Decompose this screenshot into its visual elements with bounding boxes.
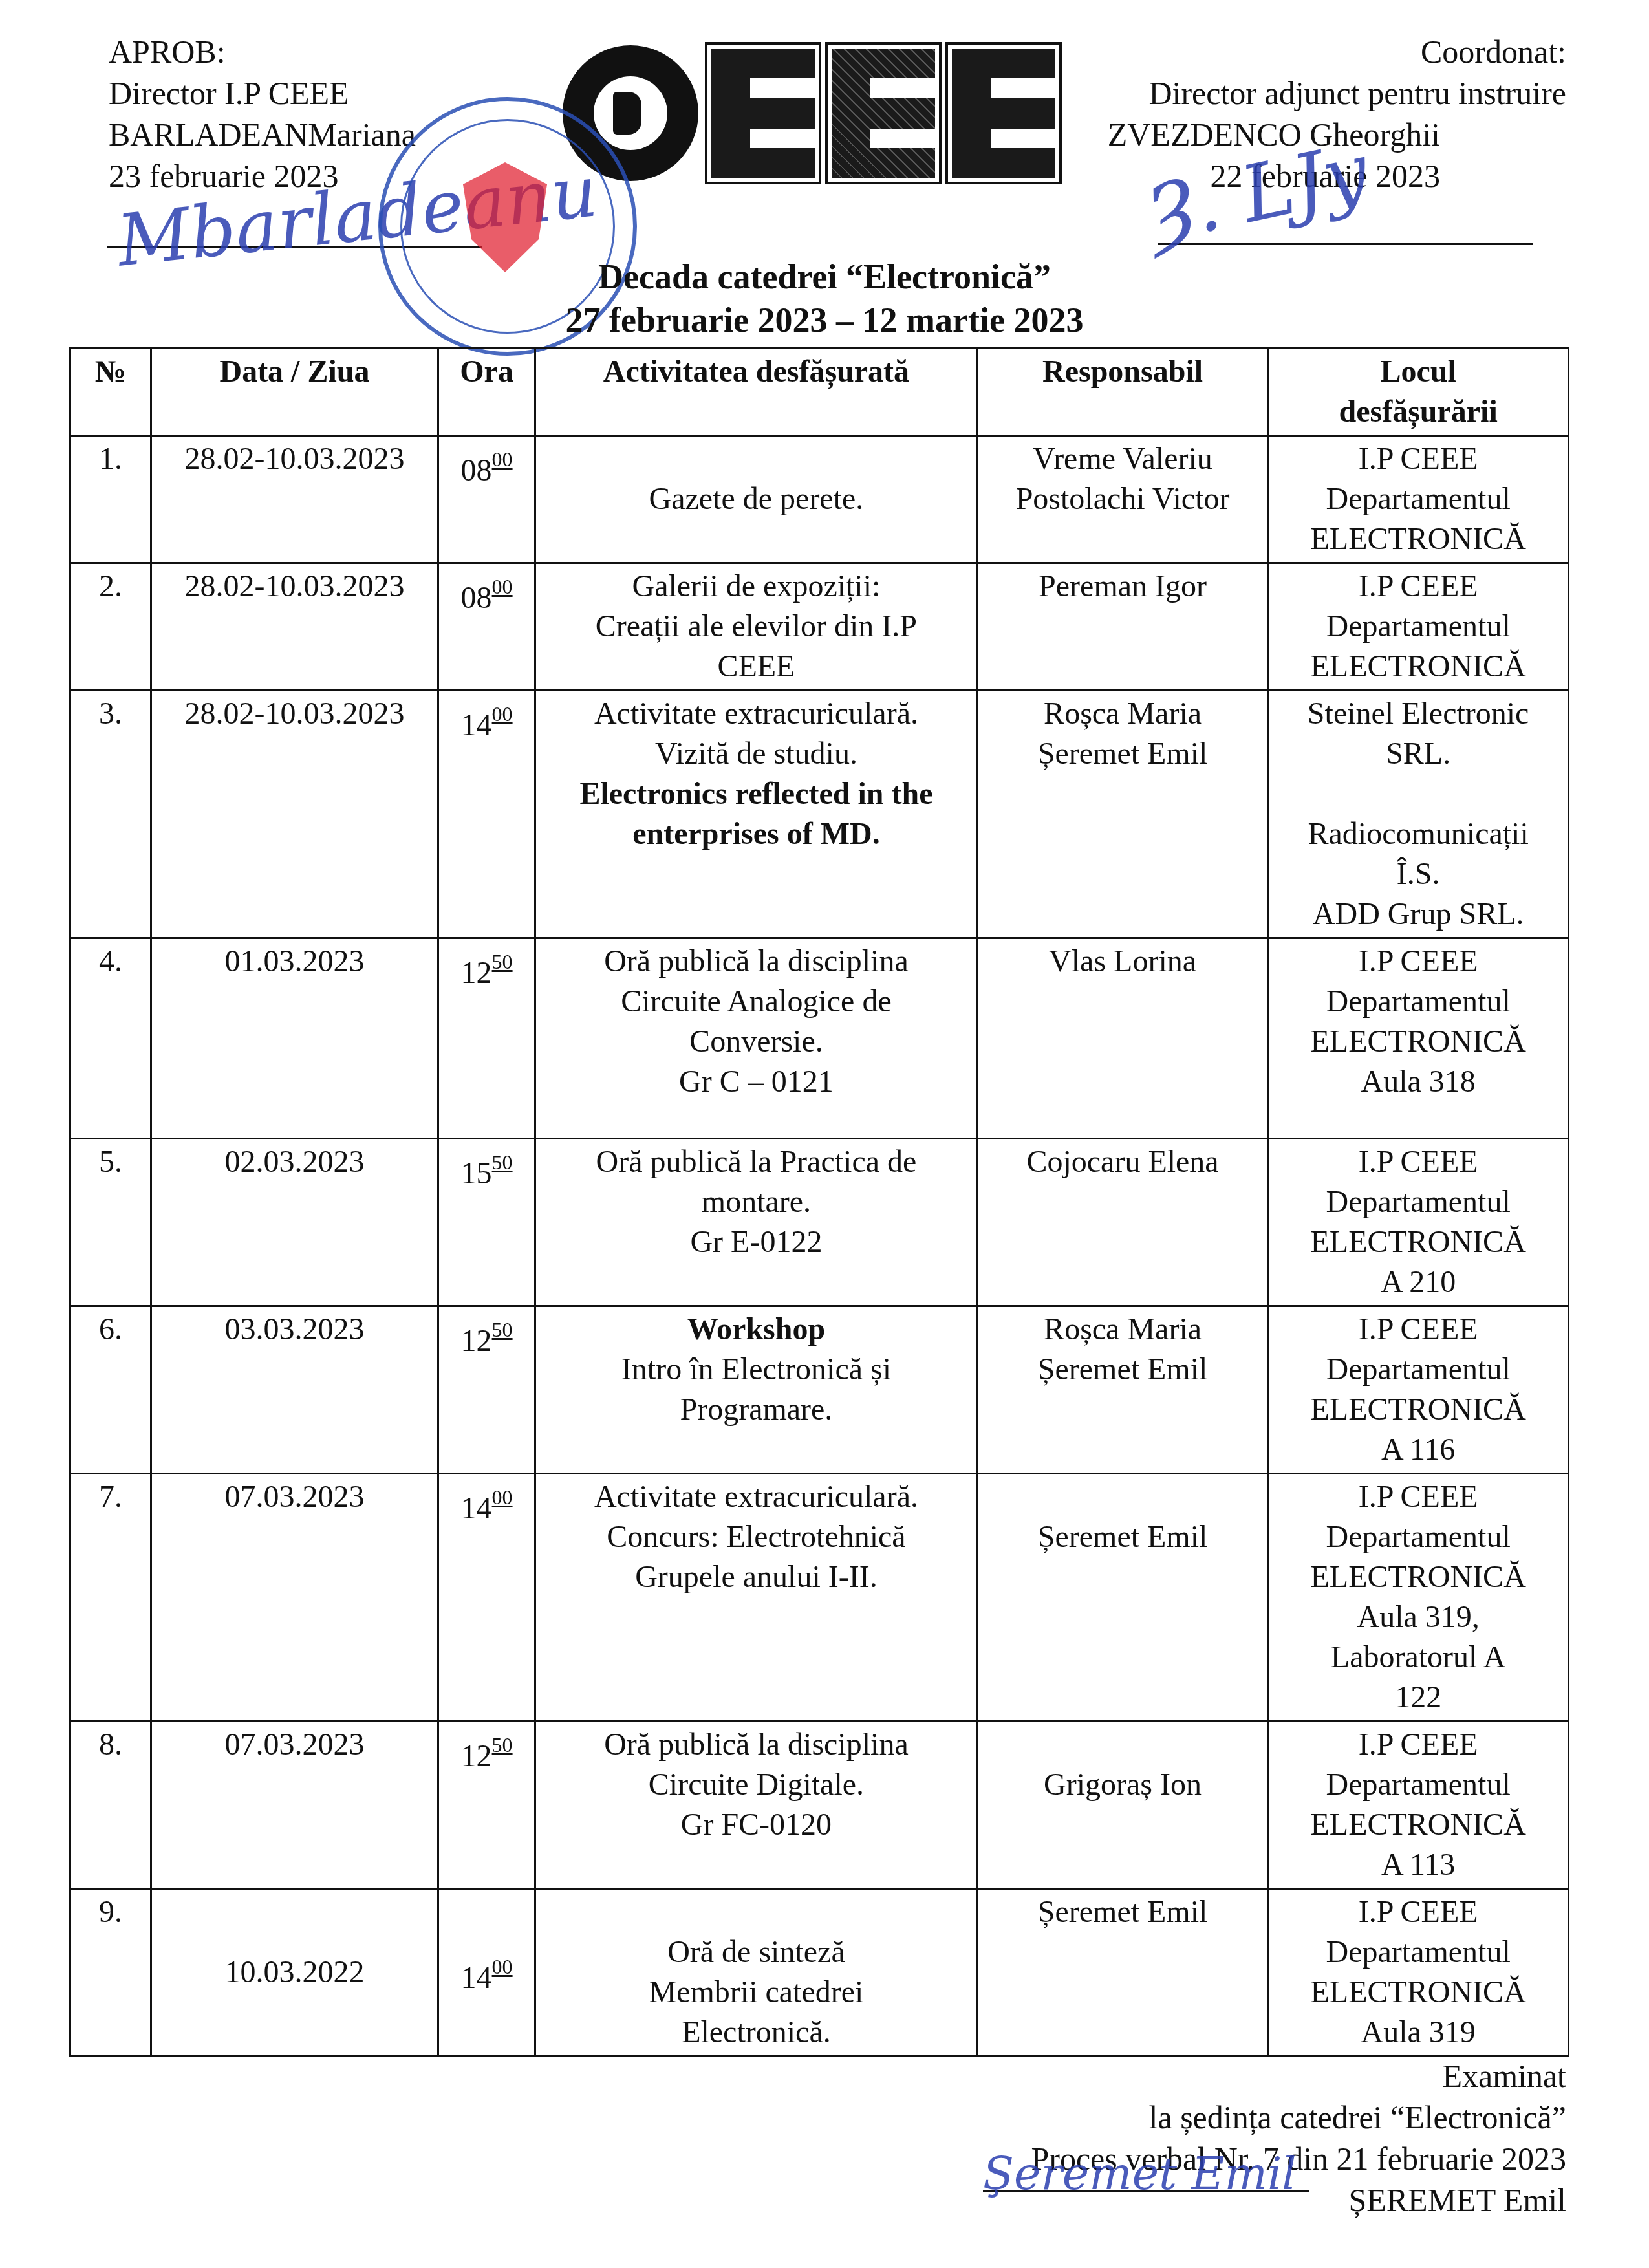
document-period: 27 februarie 2023 – 12 martie 2023	[0, 299, 1649, 341]
table-row: 7.07.03.20231400Activitate extracuricula…	[70, 1474, 1569, 1722]
circuit-e-letter-icon	[828, 45, 939, 182]
handwritten-signature-footer: Şeremet Emil	[983, 2147, 1297, 2200]
cell-location: I.P CEEEDepartamentulELECTRONICĂA 116	[1268, 1306, 1569, 1474]
plug-e-letter-icon	[707, 45, 819, 182]
col-header-num: №	[70, 349, 151, 436]
cell-num: 2.	[70, 563, 151, 691]
table-row: 3.28.02-10.03.20231400Activitate extracu…	[70, 691, 1569, 938]
cell-location: Steinel ElectronicSRL.RadiocomunicațiiÎ.…	[1268, 691, 1569, 938]
cell-date: 07.03.2023	[151, 1722, 438, 1889]
cell-date: 10.03.2022	[151, 1889, 438, 2057]
cell-responsible: Vlas Lorina	[977, 938, 1267, 1139]
cell-time: 0800	[438, 436, 535, 563]
meeting-reference: la ședința catedrei “Electronică”	[1031, 2097, 1566, 2138]
coordinator-role: Director adjunct pentru instruire	[1108, 72, 1566, 114]
table-row: 9.10.03.20221400Oră de sintezăMembrii ca…	[70, 1889, 1569, 2057]
cell-activity: Activitate extracuriculară.Concurs: Elec…	[535, 1474, 978, 1722]
cell-location: I.P CEEEDepartamentulELECTRONICĂ	[1268, 436, 1569, 563]
cell-activity: Oră publică la disciplinaCircuite Analog…	[535, 938, 978, 1139]
cell-date: 03.03.2023	[151, 1306, 438, 1474]
ceee-logo-icon	[563, 39, 1067, 188]
cell-location: I.P CEEEDepartamentulELECTRONICĂA 210	[1268, 1139, 1569, 1306]
cell-time: 0800	[438, 563, 535, 691]
cell-num: 8.	[70, 1722, 151, 1889]
table-row: 8.07.03.20231250Oră publică la disciplin…	[70, 1722, 1569, 1889]
cell-responsible: Roșca MariaȘeremet Emil	[977, 691, 1267, 938]
col-header-activity: Activitatea desfășurată	[535, 349, 978, 436]
cell-responsible: Grigoraș Ion	[977, 1722, 1267, 1889]
cell-activity: Oră publică la disciplinaCircuite Digita…	[535, 1722, 978, 1889]
cell-time: 1250	[438, 938, 535, 1139]
approver-role: Director I.P CEEE	[109, 72, 416, 114]
cell-time: 1250	[438, 1722, 535, 1889]
cell-responsible: Șeremet Emil	[977, 1474, 1267, 1722]
cell-location: I.P CEEEDepartamentulELECTRONICĂAula 318	[1268, 938, 1569, 1139]
cell-responsible: Roșca MariaȘeremet Emil	[977, 1306, 1267, 1474]
cell-time: 1250	[438, 1306, 535, 1474]
schedule-table: № Data / Ziua Ora Activitatea desfășurat…	[69, 347, 1569, 2057]
table-header-row: № Data / Ziua Ora Activitatea desfășurat…	[70, 349, 1569, 436]
col-header-responsible: Responsabil	[977, 349, 1267, 436]
approval-block-left: APROB: Director I.P CEEE BARLADEANMarian…	[109, 31, 416, 197]
cell-time: 1400	[438, 691, 535, 938]
cell-date: 28.02-10.03.2023	[151, 691, 438, 938]
coordination-label: Coordonat:	[1108, 31, 1566, 72]
approval-label: APROB:	[109, 31, 416, 72]
cell-time: 1400	[438, 1889, 535, 2057]
col-header-time: Ora	[438, 349, 535, 436]
cell-time: 1550	[438, 1139, 535, 1306]
col-header-date: Data / Ziua	[151, 349, 438, 436]
cell-num: 6.	[70, 1306, 151, 1474]
cell-activity: Oră publică la Practica demontare.Gr E-0…	[535, 1139, 978, 1306]
col-header-location: Locul desfășurării	[1268, 349, 1569, 436]
cell-location: I.P CEEEDepartamentulELECTRONICĂA 113	[1268, 1722, 1569, 1889]
cell-date: 02.03.2023	[151, 1139, 438, 1306]
usb-e-letter-icon	[948, 45, 1059, 182]
activity-title: Workshop	[541, 1310, 971, 1350]
cell-responsible: Vreme ValeriuPostolachi Victor	[977, 436, 1267, 563]
cell-num: 9.	[70, 1889, 151, 2057]
cell-activity: Activitate extracuriculară.Vizită de stu…	[535, 691, 978, 938]
cell-date: 28.02-10.03.2023	[151, 436, 438, 563]
cell-num: 5.	[70, 1139, 151, 1306]
cell-activity: WorkshopIntro în Electronică șiProgramar…	[535, 1306, 978, 1474]
cell-responsible: Pereman Igor	[977, 563, 1267, 691]
table-row: 2.28.02-10.03.20230800Galerii de expoziț…	[70, 563, 1569, 691]
cell-num: 7.	[70, 1474, 151, 1722]
examined-label: Examinat	[1031, 2055, 1566, 2097]
cell-location: I.P CEEEDepartamentulELECTRONICĂAula 319…	[1268, 1474, 1569, 1722]
cell-date: 28.02-10.03.2023	[151, 563, 438, 691]
approver-name: BARLADEANMariana	[109, 114, 416, 155]
cell-num: 4.	[70, 938, 151, 1139]
table-row: 4.01.03.20231250Oră publică la disciplin…	[70, 938, 1569, 1139]
cell-num: 1.	[70, 436, 151, 563]
table-row: 6.03.03.20231250WorkshopIntro în Electro…	[70, 1306, 1569, 1474]
cell-num: 3.	[70, 691, 151, 938]
cell-activity: Gazete de perete.	[535, 436, 978, 563]
cell-date: 01.03.2023	[151, 938, 438, 1139]
cell-responsible: Șeremet Emil	[977, 1889, 1267, 2057]
cell-location: I.P CEEEDepartamentulELECTRONICĂAula 319	[1268, 1889, 1569, 2057]
cell-responsible: Cojocaru Elena	[977, 1139, 1267, 1306]
cell-time: 1400	[438, 1474, 535, 1722]
table-row: 1.28.02-10.03.20230800Gazete de perete.V…	[70, 436, 1569, 563]
cell-location: I.P CEEEDepartamentulELECTRONICĂ	[1268, 563, 1569, 691]
cell-activity: Galerii de expoziții:Creații ale elevilo…	[535, 563, 978, 691]
cell-activity: Oră de sintezăMembrii catedreiElectronic…	[535, 1889, 978, 2057]
table-row: 5.02.03.20231550Oră publică la Practica …	[70, 1139, 1569, 1306]
document-title: Decada catedrei “Electronică”	[0, 255, 1649, 298]
cell-date: 07.03.2023	[151, 1474, 438, 1722]
